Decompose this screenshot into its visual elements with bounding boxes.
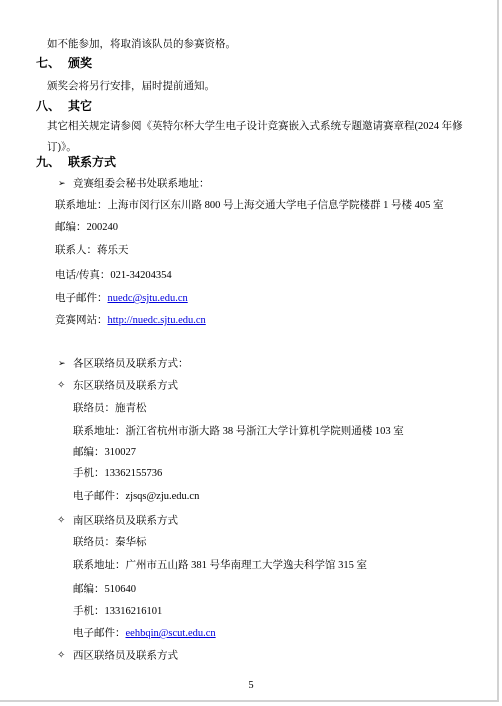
east-mobile: 手机：13362155736 <box>73 466 162 481</box>
section-8-title: 其它 <box>68 99 92 113</box>
secretariat-heading: ➢竞赛组委会秘书处联系地址： <box>58 176 210 192</box>
section-9-heading: 九、联系方式 <box>36 155 116 170</box>
east-zip: 邮编：310027 <box>73 445 136 460</box>
secretariat-address: 联系地址：上海市闵行区东川路 800 号上海交通大学电子信息学院楼群 1 号楼 … <box>55 198 444 213</box>
east-person: 联络员：施青松 <box>73 401 147 416</box>
east-address: 联系地址：浙江省杭州市浙大路 38 号浙江大学计算机学院则通楼 103 室 <box>73 424 404 439</box>
regions-heading-text: 各区联络员及联系方式： <box>73 359 189 370</box>
south-mobile: 手机：13316216101 <box>73 604 162 619</box>
south-region-heading-text: 南区联络员及联系方式 <box>73 516 178 527</box>
secretariat-heading-text: 竞赛组委会秘书处联系地址： <box>73 179 210 190</box>
south-email-link[interactable]: eehbqin@scut.edu.cn <box>126 628 216 639</box>
section-8-heading: 八、其它 <box>36 99 92 114</box>
email-label: 电子邮件： <box>55 293 108 304</box>
section-7-title: 颁奖 <box>68 56 92 70</box>
website-label: 竞赛网站： <box>55 315 108 326</box>
section-9-title: 联系方式 <box>68 155 116 169</box>
south-email-line: 电子邮件：eehbqin@scut.edu.cn <box>73 626 216 641</box>
page-number: 5 <box>0 678 502 693</box>
section-7-number: 七、 <box>36 56 68 71</box>
section-8-body-line1: 其它相关规定请参阅《英特尔杯大学生电子设计竞赛嵌入式系统专题邀请赛章程(2024… <box>47 119 463 134</box>
secretariat-person: 联系人：蒋乐天 <box>55 243 129 258</box>
secretariat-website-line: 竞赛网站：http://nuedc.sjtu.edu.cn <box>55 313 206 328</box>
east-region-heading: ✧东区联络员及联系方式 <box>57 378 178 394</box>
south-person: 联络员：秦华标 <box>73 535 147 550</box>
arrow-bullet-icon: ➢ <box>58 356 73 371</box>
section-8-body-line2: 订)》。 <box>47 140 77 155</box>
email-label: 电子邮件： <box>73 491 126 502</box>
diamond-bullet-icon: ✧ <box>57 648 73 663</box>
diamond-bullet-icon: ✧ <box>57 378 73 393</box>
south-zip: 邮编：510640 <box>73 582 136 597</box>
secretariat-phone: 电话/传真：021-34204354 <box>55 268 172 283</box>
east-email-line: 电子邮件：zjsqs@zju.edu.cn <box>73 489 199 504</box>
secretariat-website-link[interactable]: http://nuedc.sjtu.edu.cn <box>108 315 206 326</box>
page-edge-bottom <box>0 700 499 702</box>
secretariat-zip: 邮编：200240 <box>55 220 118 235</box>
south-address: 联系地址：广州市五山路 381 号华南理工大学逸夫科学馆 315 室 <box>73 558 367 573</box>
document-page: 如不能参加，将取消该队员的参赛资格。 七、颁奖 颁奖会将另行安排，届时提前通知。… <box>0 0 502 706</box>
secretariat-email-line: 电子邮件：nuedc@sjtu.edu.cn <box>55 291 188 306</box>
secretariat-email-link[interactable]: nuedc@sjtu.edu.cn <box>108 293 188 304</box>
arrow-bullet-icon: ➢ <box>58 176 73 191</box>
diamond-bullet-icon: ✧ <box>57 513 73 528</box>
section-9-number: 九、 <box>36 155 68 170</box>
section-8-number: 八、 <box>36 99 68 114</box>
section-7-body: 颁奖会将另行安排，届时提前通知。 <box>47 79 215 94</box>
west-region-heading: ✧西区联络员及联系方式 <box>57 648 178 664</box>
page-edge-right <box>497 0 499 701</box>
west-region-heading-text: 西区联络员及联系方式 <box>73 651 178 662</box>
intro-line: 如不能参加，将取消该队员的参赛资格。 <box>47 37 236 52</box>
regions-heading: ➢各区联络员及联系方式： <box>58 356 189 372</box>
east-region-heading-text: 东区联络员及联系方式 <box>73 381 178 392</box>
section-7-heading: 七、颁奖 <box>36 56 92 71</box>
south-region-heading: ✧南区联络员及联系方式 <box>57 513 178 529</box>
east-email-text: zjsqs@zju.edu.cn <box>126 491 200 502</box>
email-label: 电子邮件： <box>73 628 126 639</box>
